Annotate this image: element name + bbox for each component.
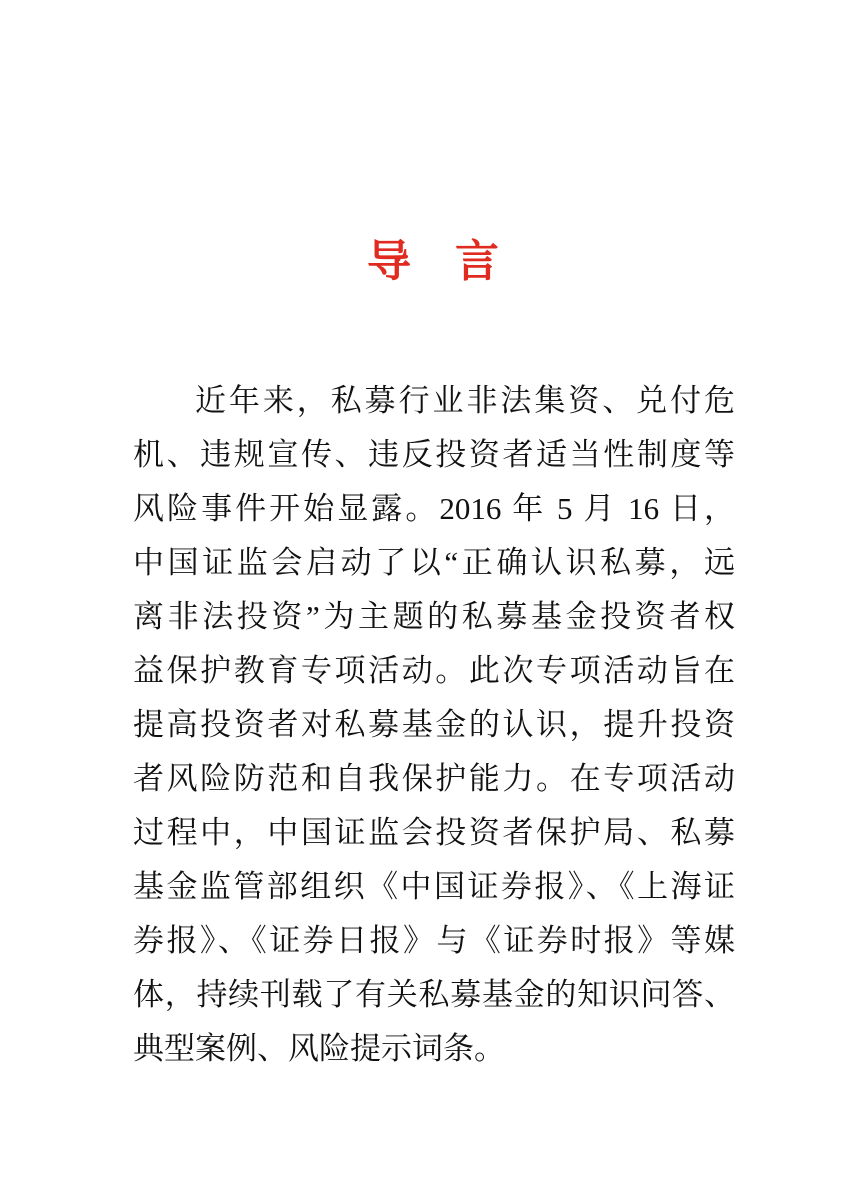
paragraph-line: 近年来，私募行业非法集资、兑付危 bbox=[133, 374, 735, 428]
intro-paragraph: 近年来，私募行业非法集资、兑付危 机、违规宣传、违反投资者适当性制度等 风险事件… bbox=[133, 374, 735, 1076]
paragraph-line: 体，持续刊载了有关私募基金的知识问答、 bbox=[133, 968, 735, 1022]
paragraph-line: 益保护教育专项活动。此次专项活动旨在 bbox=[133, 644, 735, 698]
paragraph-line: 风险事件开始显露。2016 年 5 月 16 日， bbox=[133, 482, 735, 536]
paragraph-line: 机、违规宣传、违反投资者适当性制度等 bbox=[133, 428, 735, 482]
paragraph-line: 典型案例、风险提示词条。 bbox=[133, 1022, 735, 1076]
paragraph-line: 基金监管部组织《中国证券报》、《上海证 bbox=[133, 860, 735, 914]
paragraph-line: 提高投资者对私募基金的认识，提升投资 bbox=[133, 698, 735, 752]
paragraph-line: 离非法投资”为主题的私募基金投资者权 bbox=[133, 590, 735, 644]
paragraph-line: 中国证监会启动了以“正确认识私募，远 bbox=[133, 536, 735, 590]
paragraph-line: 过程中，中国证监会投资者保护局、私募 bbox=[133, 806, 735, 860]
document-page: 导 言 近年来，私募行业非法集资、兑付危 机、违规宣传、违反投资者适当性制度等 … bbox=[0, 0, 866, 1189]
chapter-title: 导 言 bbox=[0, 234, 866, 290]
paragraph-line: 者风险防范和自我保护能力。在专项活动 bbox=[133, 752, 735, 806]
paragraph-line: 券报》、《证券日报》与《证券时报》等媒 bbox=[133, 914, 735, 968]
